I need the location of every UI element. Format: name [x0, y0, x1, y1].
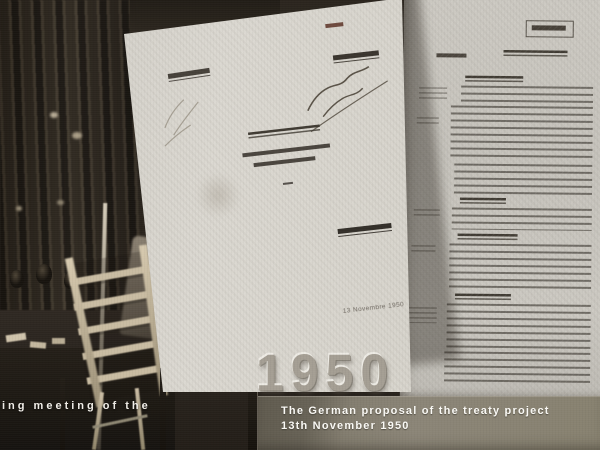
separator-dash — [283, 182, 293, 185]
article-stamp-box — [526, 20, 574, 38]
seated-figure-head — [36, 264, 52, 284]
photo-highlight — [50, 112, 58, 118]
document-date: 13 Novembre 1950 — [342, 301, 404, 315]
section-heading-impression — [465, 76, 523, 83]
typed-paragraph — [444, 351, 590, 383]
photo-caption-left: ing meeting of the — [2, 400, 151, 412]
handwritten-note-icon — [295, 59, 398, 135]
photo-highlight — [57, 200, 64, 205]
table-papers — [6, 333, 27, 343]
table-papers — [52, 338, 65, 344]
section-heading-impression — [460, 198, 506, 204]
section-heading-impression — [455, 293, 511, 300]
caption-date: 13th November 1950 — [281, 419, 599, 434]
photo-montage: 13 Novembre 1950 1950 ing meeting of the… — [0, 0, 600, 450]
seated-figure-head — [10, 270, 24, 288]
easel-strut — [60, 378, 65, 450]
photo-highlight — [72, 132, 82, 139]
typed-paragraph — [450, 105, 593, 158]
year-watermark: 1950 — [256, 343, 395, 403]
stamp-text-impression — [532, 25, 566, 30]
memo-line-impression — [242, 143, 330, 156]
photo-highlight — [16, 206, 22, 211]
memo-title-impression — [248, 124, 320, 138]
typed-paragraph — [461, 86, 593, 103]
section-heading-impression — [458, 234, 518, 241]
pencil-scribble-icon — [152, 83, 213, 153]
typed-paragraph — [446, 303, 590, 349]
typed-paragraph — [454, 163, 592, 194]
photo-caption-right: The German proposal of the treaty projec… — [281, 404, 599, 434]
paper-stain — [192, 170, 243, 221]
caption-title: The German proposal of the treaty projec… — [281, 404, 599, 419]
confidential-stamp-icon — [168, 68, 211, 82]
typed-paragraph — [449, 243, 591, 290]
reference-number-impression — [436, 53, 466, 57]
document-title-impression — [503, 50, 567, 57]
memo-line-impression — [253, 156, 315, 166]
article-reference — [337, 223, 392, 237]
document-middle-content: 13 Novembre 1950 — [124, 2, 448, 397]
red-stamp-icon — [325, 22, 343, 28]
table-papers — [30, 341, 46, 348]
typed-paragraph — [452, 207, 592, 230]
